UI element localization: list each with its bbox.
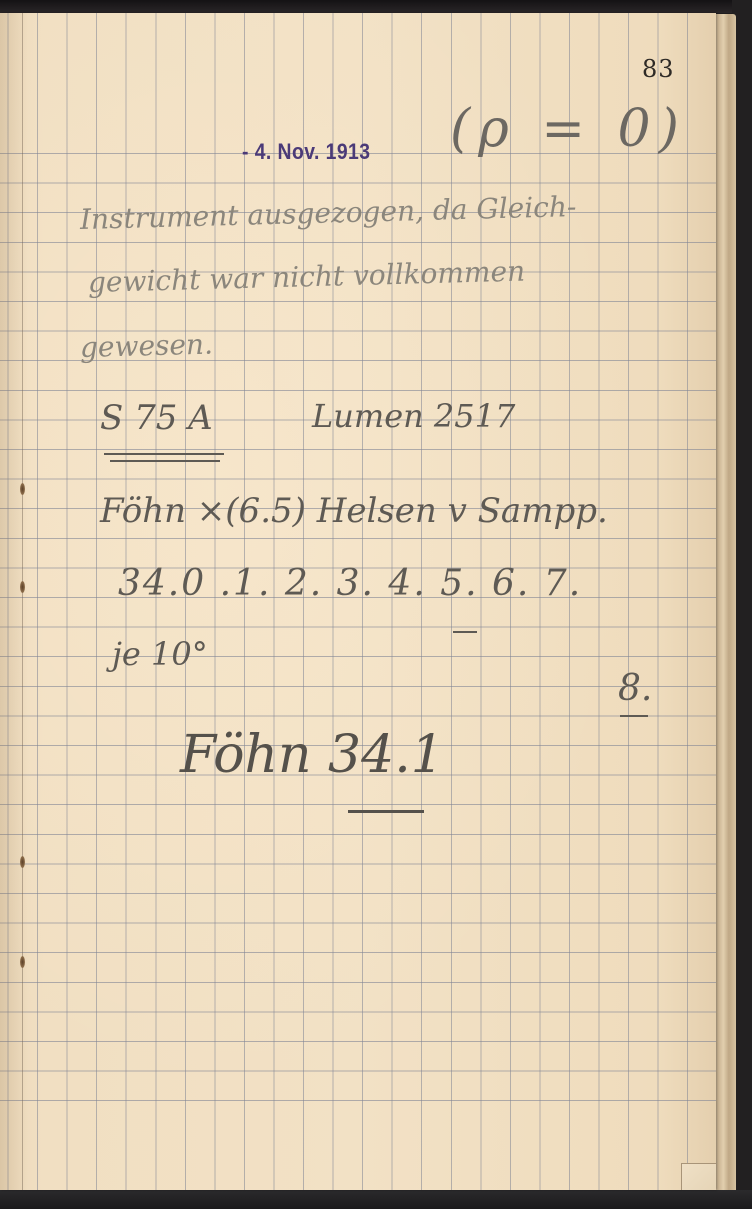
page-number: 83 [642, 55, 675, 83]
header-note-rho: (ρ = 0) [450, 99, 687, 159]
note-line-3: gewesen. [80, 328, 214, 364]
measurement-sequence: 34.0 .1. 2. 3. 4. 5. 6. 7. [118, 563, 582, 604]
underline-8 [620, 715, 648, 717]
specimen-underline [104, 453, 224, 456]
specimen-underline [110, 460, 220, 463]
scan-top-edge [0, 0, 752, 13]
binding-stitch [20, 581, 25, 593]
page-corner-fold [681, 1163, 716, 1190]
binding-stitch [20, 483, 25, 495]
interval-note: je 10° [112, 635, 208, 673]
date-stamp: - 4. Nov. 1913 [242, 139, 370, 165]
binding-stitch [20, 956, 25, 968]
specimen-label: S 75 A [100, 398, 213, 438]
specimen-lumen: Lumen 2517 [312, 397, 515, 435]
result-line: Föhn 34.1 [180, 725, 444, 785]
fohn-line: Föhn ×(6.5) Helsen v Sampp. [100, 491, 608, 531]
underline-4 [453, 631, 477, 633]
spine-shadow [0, 13, 28, 1190]
binding-fold-line [22, 13, 23, 1190]
sequence-continued: 8. [618, 668, 652, 709]
binding-stitch [20, 856, 25, 868]
result-underline [348, 810, 424, 813]
scan-bottom-edge [0, 1190, 752, 1209]
notebook-page: 83 - 4. Nov. 1913 (ρ = 0) Instrument aus… [0, 13, 716, 1190]
